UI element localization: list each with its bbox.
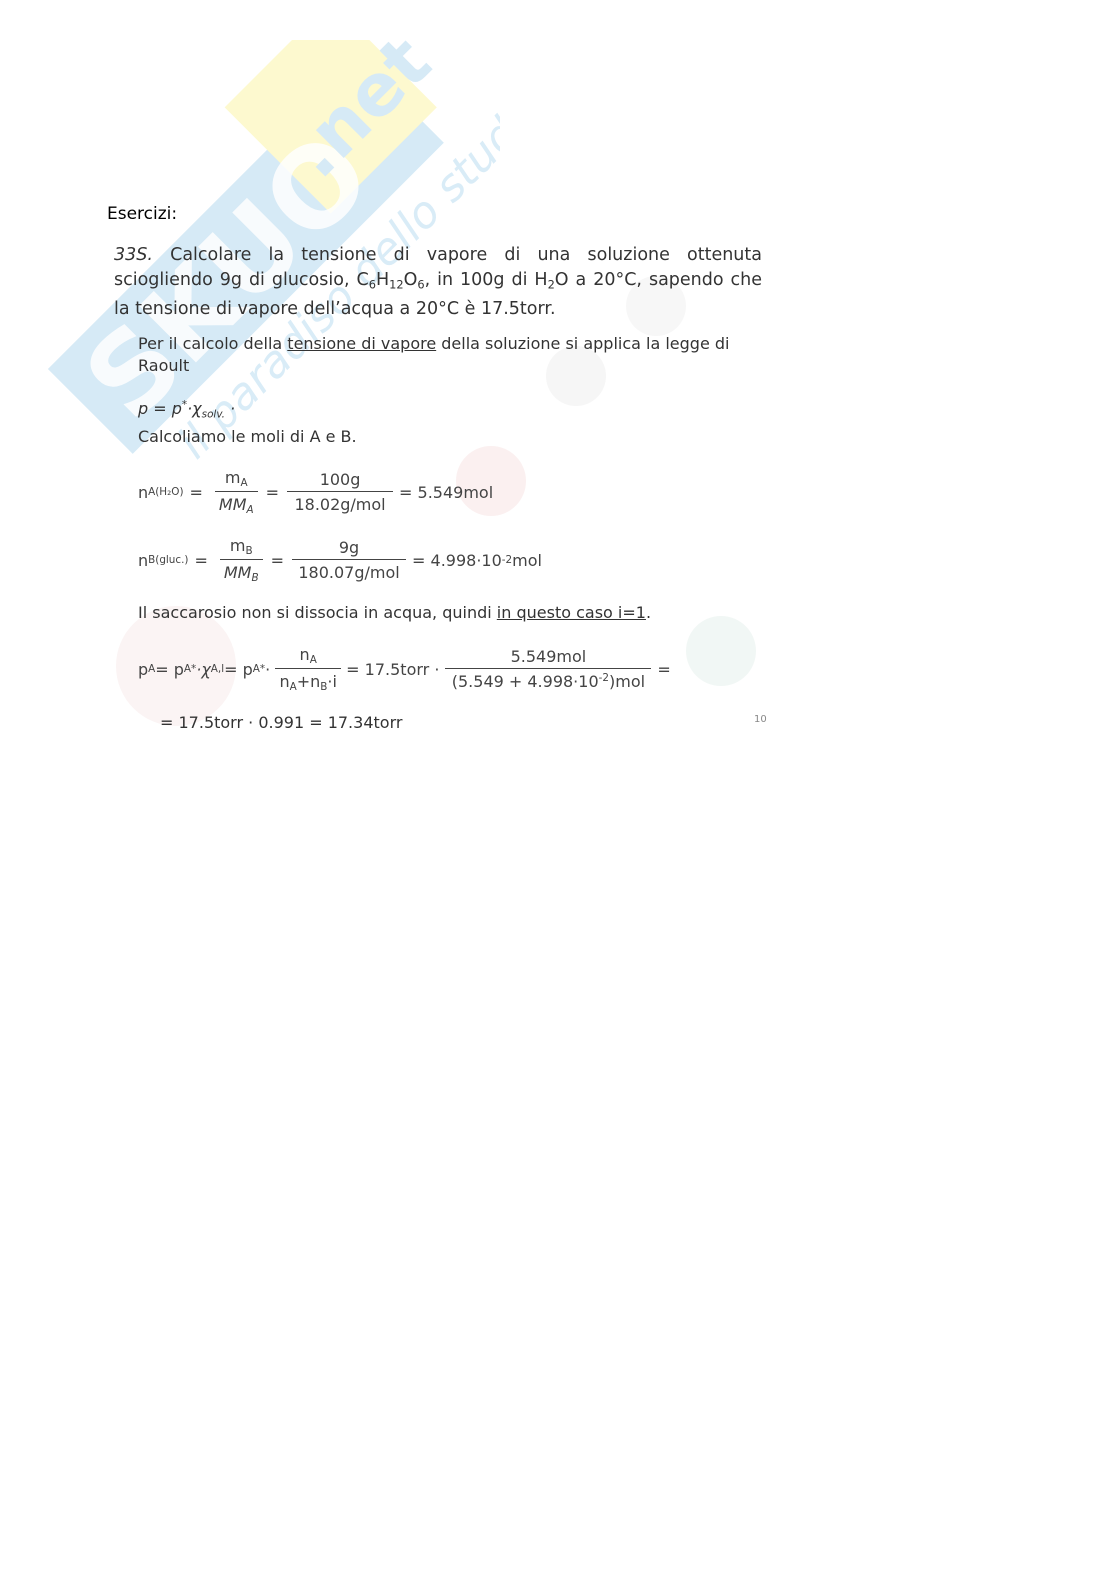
equation-moles-a: nA(H₂O) = mAMMA = 100g18.02g/mol = 5.549… [138,468,493,516]
final-result: = 17.5torr · 0.991 = 17.34torr [160,712,784,734]
dissociation-note: Il saccarosio non si dissocia in acqua, … [138,602,762,624]
moles-intro: Calcoliamo le moli di A e B. [138,426,762,448]
water-formula: H2O [534,270,568,290]
raoult-law: p = p*·χsolv. · [138,394,762,425]
problem-statement: 33S. Calcolare la tensione di vapore di … [114,243,762,322]
equation-vapor-pressure: pA = pA*·χA,l = pA* · nAnA+nB·i = 17.5to… [138,645,671,693]
document-page: SKUO .net il paradiso dello studente Ese… [0,0,1116,1579]
section-heading: Esercizi: [107,204,177,224]
problem-number: 33S. [114,245,153,265]
svg-text:.net: .net [273,40,447,194]
equation-moles-b: nB(gluc.) = mBMMB = 9g180.07g/mol = 4.99… [138,536,542,584]
page-number: 10 [754,714,767,725]
glucose-formula: C6H12O6 [356,270,424,290]
solution-intro: Per il calcolo della tensione di vapore … [138,333,762,377]
